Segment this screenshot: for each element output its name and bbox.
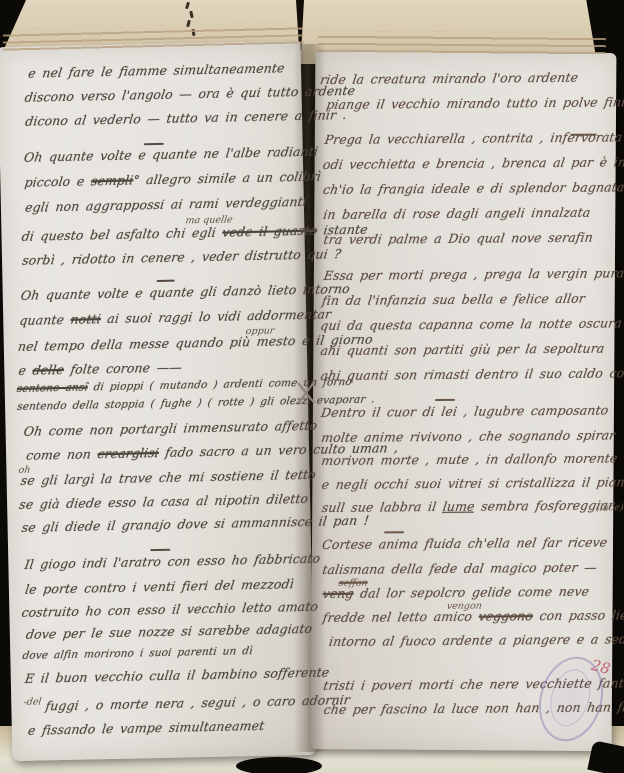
handwritten-line: se gli diede il granajo dove si ammannis… [21, 515, 370, 535]
line-text: odi vecchietta e brencia , brenca al par… [322, 154, 624, 172]
handwritten-line: e fissando le vampe simultaneamet [27, 720, 265, 737]
line-text: e negli occhi suoi vitrei si cristallizz… [321, 474, 624, 492]
handwritten-line: talismana della fede dal magico poter — [321, 562, 597, 577]
line-text: con passo lieve [532, 607, 624, 623]
handwritten-line: Oh come non portargli immensurato affett… [23, 420, 318, 439]
handwritten-line: Essa per morti prega , prega la vergin p… [323, 267, 624, 282]
handwritten-line: odi vecchietta e brencia , brenca al par… [322, 156, 624, 172]
line-text: e nel fare le fiamme simultaneamente [27, 60, 285, 80]
line-text: quante [19, 312, 72, 328]
line-text: E il buon vecchio culla il bambino soffe… [24, 664, 330, 685]
handwritten-line: ahi quanti son rimasti dentro il suo cal… [320, 367, 624, 382]
struck-word: veng [322, 586, 355, 601]
handwritten-line: ahi quanti son partiti giù per la sepolt… [320, 343, 606, 358]
handwritten-line: veng dal lor sepolcro gelide come neve [322, 586, 590, 601]
handwritten-line: sull sue labbra il lume sembra fosforegg… [321, 499, 624, 514]
handwritten-line: e delle folte corone —— [18, 361, 183, 377]
handwritten-line: discono verso l'angolo — ora è qui tutto… [24, 85, 356, 104]
struck-word: notti [70, 311, 102, 327]
handwritten-line: fin da l'infanzia sua bella e felice all… [321, 293, 586, 308]
line-text: fredde nel letto amico [322, 609, 480, 625]
line-text: ahi quanti son rimasti dentro il suo cal… [320, 365, 624, 383]
handwritten-line: E il buon vecchio culla il bambino soffe… [24, 666, 330, 685]
handwritten-line: Cortese anima fluida ch'ella nel far ric… [321, 536, 608, 551]
line-text: dicono al vederlo — tutto va in cenere a… [24, 107, 347, 129]
line-text: sentendo della stoppia ( fughe ) ( rotte… [16, 396, 261, 413]
handwritten-line: le porte contro i venti fieri del mezzod… [24, 578, 294, 596]
line-text: sull sue labbra il [321, 499, 444, 515]
handwritten-line: se gli largì la trave che mi sostiene il… [20, 469, 317, 488]
handwritten-line: Oh quante volte e quante ne l'albe radia… [23, 146, 319, 165]
handwritten-line: quante notti ai suoi raggi lo vidi addor… [19, 308, 332, 327]
handwritten-line: ch'io la frangia ideale e di splendor ba… [322, 181, 624, 196]
line-text: in barella di rose dagli angeli innalzat… [322, 205, 591, 222]
separator-dash [435, 399, 455, 401]
handwritten-line: costruito ho con esso il vecchio letto a… [21, 601, 319, 620]
background-blob [236, 757, 322, 773]
line-text: ride la creatura mirando l'oro ardente [319, 70, 579, 87]
handwritten-line: se già diede esso la casa al nipotin dil… [18, 493, 308, 512]
line-text: di questo bel asfalto chi egli [21, 225, 224, 244]
handwritten-line: fuggi , o morte nera , segui , o caro ad… [45, 694, 351, 713]
line-text: dove per le sue nozze si sarebbe adagiat… [25, 621, 313, 642]
line-text: tra verdi palme a Dio qual nove serafin [323, 230, 595, 247]
line-text: Cortese anima fluida ch'ella nel far ric… [321, 534, 608, 552]
separator-dash [150, 549, 170, 551]
handwritten-line: fredde nel letto amico veggono con passo… [322, 609, 624, 624]
line-text: se già diede esso la casa al nipotin dil… [18, 491, 309, 512]
line-text: molte anime rivivono , che sognando spir… [320, 427, 616, 445]
line-text: dal lor sepolcro gelide come neve [353, 584, 591, 601]
handwritten-line: qui da questa capanna come la notte oscu… [319, 317, 622, 332]
left-page-text: e nel fare le fiamme simultaneamente dis… [10, 54, 325, 760]
margin-note: (luce) [595, 503, 624, 513]
line-text: Dentro il cuor di lei , lugubre camposan… [320, 402, 609, 420]
struck-word: veggono [478, 608, 535, 623]
background-corner [587, 740, 624, 773]
handwritten-line: piccolo e sempli° allegro simile a un co… [24, 170, 322, 189]
handwritten-line: dicono al vederlo — tutto va in cenere a… [24, 109, 347, 128]
line-text: dove alfin morirono i suoi parenti un dì [22, 645, 254, 662]
line-text: Il giogo indi l'aratro con esso ho fabbr… [24, 551, 322, 572]
line-text: piange il vecchio mirando tutto in polve… [325, 94, 624, 112]
handwritten-line: e nel fare le fiamme simultaneamente [27, 62, 285, 80]
line-text: Essa per morti prega , prega la vergin p… [323, 265, 624, 283]
line-text: discono verso l'angolo — ora è qui tutto… [24, 83, 356, 105]
line-text: morivon morte , mute , in dallonfo moren… [320, 450, 618, 468]
separator-dash [384, 531, 404, 533]
separator-dash [144, 143, 164, 145]
line-text: come non [25, 446, 98, 463]
flourish-dash [571, 134, 597, 136]
sheet-edges-right [318, 31, 606, 56]
handwritten-line: tra verdi palme a Dio qual nove serafin [323, 232, 594, 247]
line-text: egli non aggrappossi ai rami verdeggiant… [24, 194, 308, 215]
line-text: qui da questa capanna come la notte oscu… [319, 315, 623, 333]
page-number: 28 [589, 658, 611, 677]
line-text: costruito ho con esso il vecchio letto a… [21, 599, 319, 620]
line-text: Prega la vecchiarella , contrita , infer… [324, 129, 624, 147]
handwritten-line: dove alfin morirono i suoi parenti un dì [22, 646, 254, 661]
underlined-word: lume [442, 499, 476, 514]
line-text: intorno al fuoco ardente a piangere e a … [328, 631, 624, 649]
line-text: le porte contro i venti fieri del mezzod… [24, 576, 295, 597]
line-text: e fissando le vampe simultaneamet [27, 718, 265, 738]
handwritten-line: Dentro il cuor di lei , lugubre camposan… [320, 404, 609, 419]
line-text: sorbì , ridotto in cenere , veder distru… [21, 246, 342, 268]
handwritten-line: intorno al fuoco ardente a piangere e a … [328, 633, 624, 648]
line-text: ai suoi raggi lo vidi addormentar [100, 306, 332, 326]
struck-word: delle [32, 362, 65, 378]
handwritten-line: piange il vecchio mirando tutto in polve… [325, 96, 624, 111]
right-page-text: ride la creatura mirando l'oro ardente p… [318, 59, 624, 752]
line-text: ch'io la frangia ideale e di splendor ba… [322, 179, 624, 197]
line-text: ahi quanti son partiti giù per la sepolt… [320, 341, 606, 358]
handwritten-line: sorbì , ridotto in cenere , veder distru… [21, 248, 342, 267]
line-text: fin da l'infanzia sua bella e felice all… [321, 291, 586, 308]
struck-word: vede il guasto [221, 223, 318, 240]
line-text: se gli largì la trave che mi sostiene il… [20, 467, 317, 488]
handwritten-line: egli non aggrappossi ai rami verdeggiant… [24, 196, 307, 214]
library-stamp-inner [544, 665, 597, 731]
handwritten-line: in barella di rose dagli angeli innalzat… [322, 207, 591, 222]
line-text: Oh come non portargli immensurato affett… [23, 418, 318, 439]
struck-word: sentono ansî [16, 381, 88, 395]
margin-note: -del [23, 697, 42, 707]
line-text: se gli diede il granajo dove si ammannis… [21, 513, 370, 535]
handwritten-line: dove per le sue nozze si sarebbe adagiat… [25, 623, 313, 642]
separator-dash [157, 280, 175, 282]
struck-word: sempli [90, 172, 134, 188]
handwritten-line: Il giogo indi l'aratro con esso ho fabbr… [24, 553, 321, 572]
x-mark [295, 382, 317, 404]
line-text: Oh quante volte e quante gli danzò lieto… [20, 281, 351, 303]
struck-word: crearglisi [97, 445, 160, 461]
handwritten-line: Oh quante volte e quante gli danzò lieto… [20, 283, 351, 302]
handwritten-line: morivon morte , mute , in dallonfo moren… [321, 452, 619, 467]
manuscript-photo: e nel fare le fiamme simultaneamente dis… [0, 0, 624, 773]
handwritten-line: e negli occhi suoi vitrei si cristallizz… [321, 476, 624, 491]
line-text: talismana della fede dal magico poter — [321, 560, 598, 577]
handwritten-line: molte anime rivivono , che sognando spir… [320, 429, 616, 444]
handwritten-line: ride la creatura mirando l'oro ardente [319, 72, 579, 87]
line-text: Oh quante volte e quante ne l'albe radia… [23, 144, 319, 165]
line-text: ° allegro simile a un colibrì [132, 168, 322, 187]
line-text: fuggi , o morte nera , segui , o caro ad… [45, 692, 351, 713]
line-text: piccolo e [24, 173, 92, 189]
line-text: folte corone —— [63, 359, 183, 377]
